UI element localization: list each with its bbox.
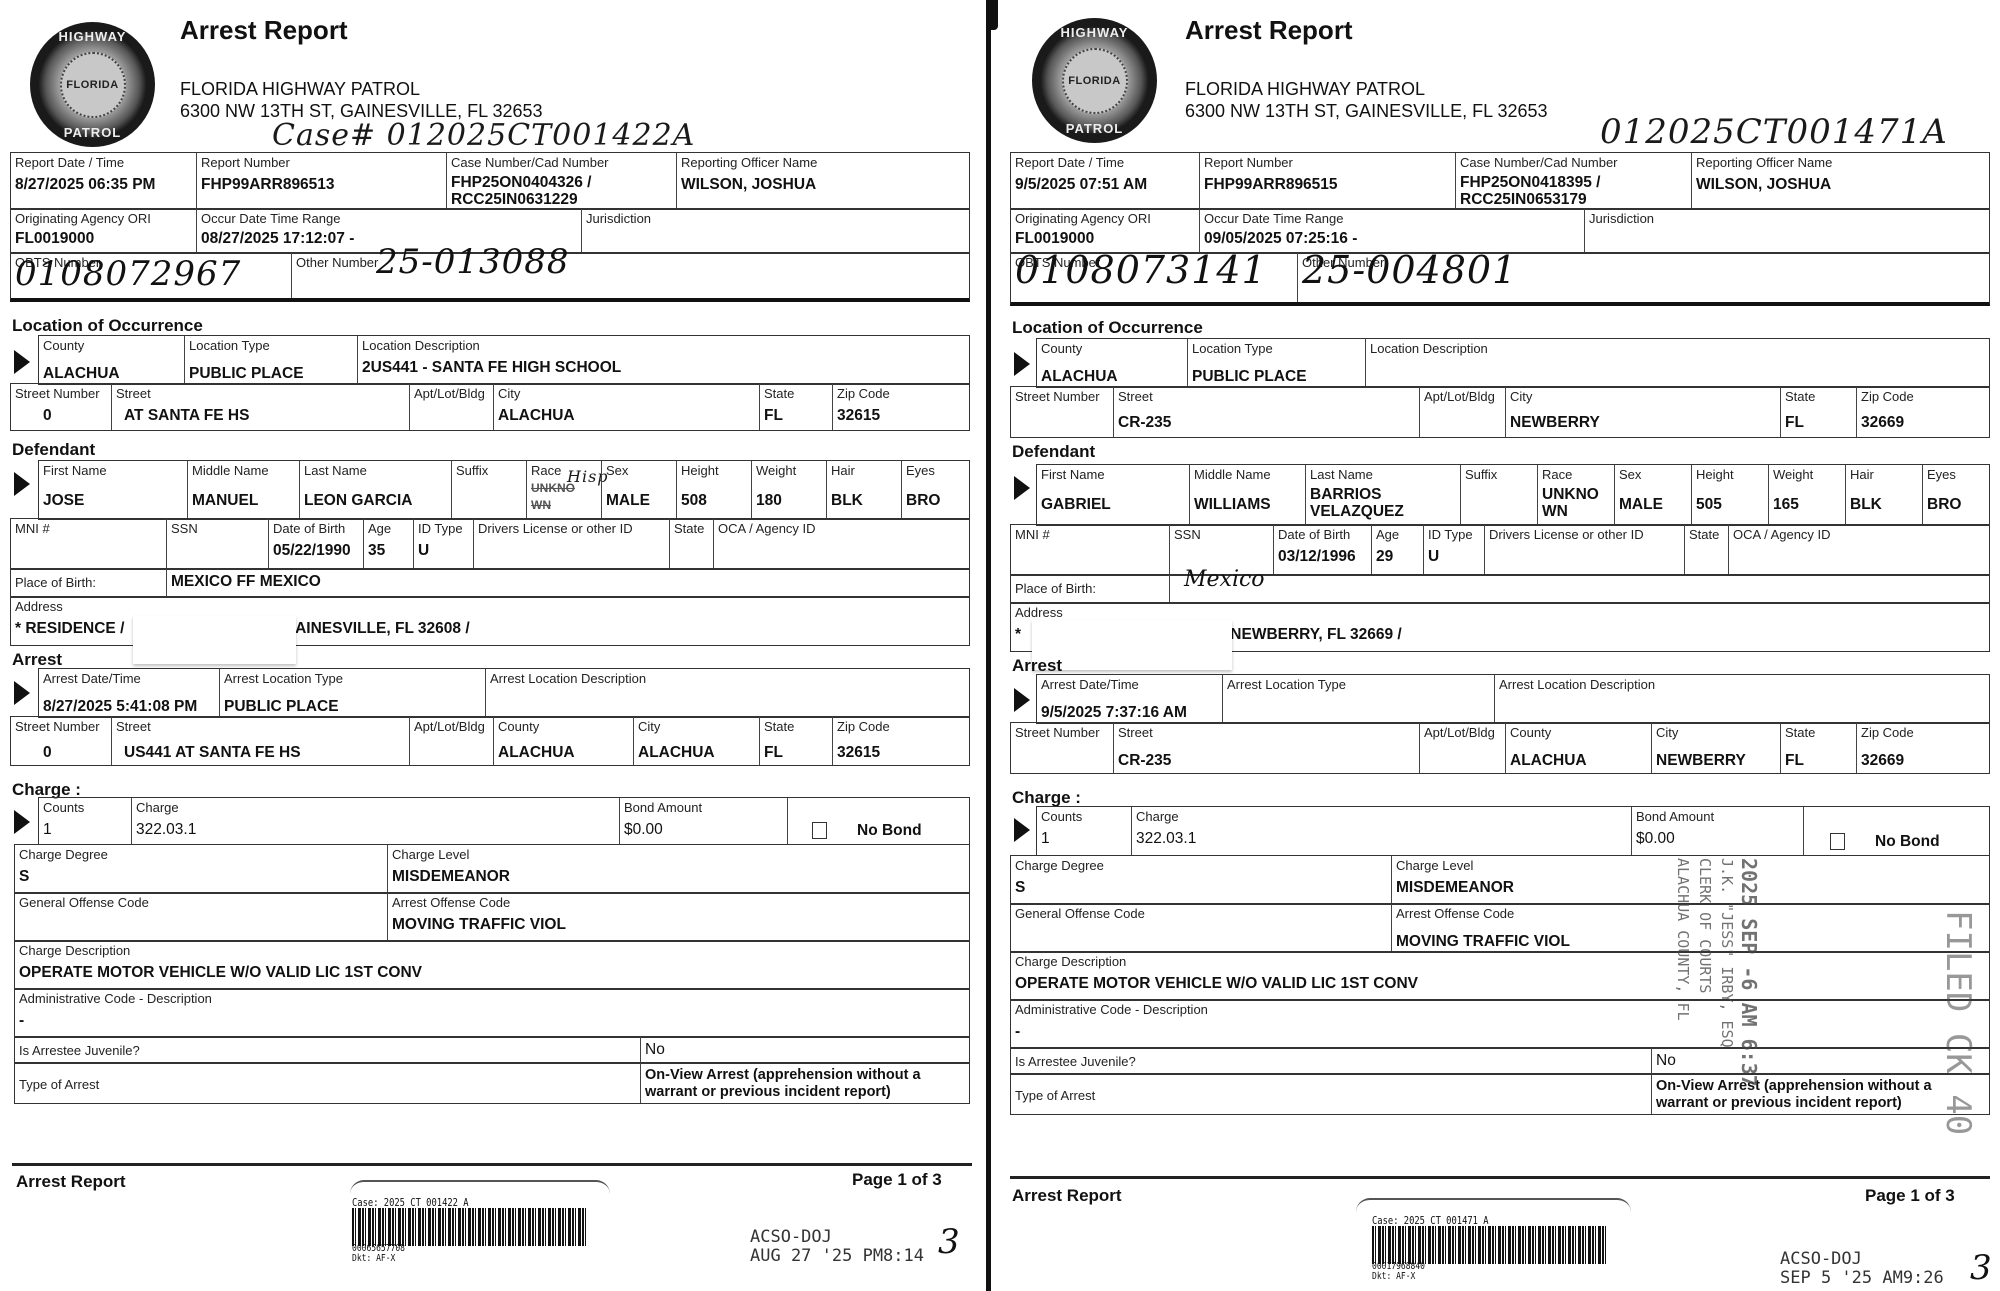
arrest-loc-desc-cell: Arrest Location Description: [485, 669, 969, 717]
general-code-cell: General Offense Code: [1011, 904, 1391, 952]
expand-arrow-icon[interactable]: [14, 350, 30, 374]
section-defendant: Defendant: [1012, 442, 1095, 462]
eyes-value: BRO: [1927, 496, 1985, 513]
agency-block: FLORIDA HIGHWAY PATROL 6300 NW 13TH ST, …: [180, 78, 543, 122]
height-value: 505: [1696, 496, 1764, 513]
agency-address: 6300 NW 13TH ST, GAINESVILLE, FL 32653: [1185, 100, 1548, 122]
field-label: Counts: [1041, 809, 1127, 824]
field-label: County: [498, 719, 629, 734]
arrest-type-row: Type of Arrest On-View Arrest (apprehens…: [14, 1062, 970, 1104]
field-label: State: [764, 386, 828, 401]
report-number-cell: Report Number FHP99ARR896515: [1199, 153, 1455, 209]
field-label: Jurisdiction: [586, 211, 965, 226]
arrest-datetime-cell: Arrest Date/Time 8/27/2025 5:41:08 PM: [39, 669, 219, 717]
state-cell: State FL: [1780, 387, 1856, 437]
footer-rule: [1010, 1176, 1990, 1179]
arrest-loc-type-cell: Arrest Location Type: [1222, 675, 1494, 723]
location-row-2: Street Number Street CR-235 Apt/Lot/Bldg…: [1010, 386, 1990, 438]
field-label: Suffix: [456, 463, 522, 478]
stamp-line-2: AUG 27 '25 PM8:14: [750, 1247, 924, 1266]
officer-cell: Reporting Officer Name WILSON, JOSHUA: [1691, 153, 1989, 209]
age-value: 29: [1376, 548, 1419, 565]
race-value-line2: WN: [1542, 503, 1610, 520]
scan-artifact: [990, 0, 998, 30]
filed-stamp-date: 2025 SEP -6 AM 6:37: [1738, 858, 1760, 1087]
handwritten-mark: 3: [938, 1222, 960, 1262]
sex-cell: Sex MALE: [1614, 465, 1691, 525]
field-label: Location Description: [1370, 341, 1985, 356]
field-label: Address: [1015, 605, 1985, 620]
logo-center-text: FLORIDA: [1062, 48, 1128, 114]
field-label: Sex: [1619, 467, 1687, 482]
arrest-city-value: NEWBERRY: [1656, 752, 1776, 769]
field-label: Height: [1696, 467, 1764, 482]
report-info-row-3: OBTS Number 0108072967 Other Number 25-0…: [10, 252, 970, 302]
section-location: Location of Occurrence: [12, 316, 203, 336]
eyes-cell: Eyes BRO: [901, 461, 969, 519]
charge-desc-row: Charge Description OPERATE MOTOR VEHICLE…: [1010, 951, 1990, 1001]
weight-cell: Weight 180: [751, 461, 826, 519]
page-number: Page 1 of 3: [1865, 1186, 1955, 1206]
dl-state-cell: State: [669, 519, 713, 569]
stamp-line-1: ACSO-DOJ: [750, 1228, 924, 1247]
field-label: Originating Agency ORI: [1015, 211, 1195, 226]
sex-value: MALE: [1619, 496, 1687, 513]
field-label: State: [1689, 527, 1724, 542]
location-type-value: PUBLIC PLACE: [1192, 368, 1361, 385]
middle-name-cell: Middle Name MANUEL: [187, 461, 299, 519]
location-row-1: County ALACHUA Location Type PUBLIC PLAC…: [38, 335, 970, 385]
counts-value: 1: [43, 821, 127, 838]
degree-cell: Charge Degree S: [1011, 856, 1391, 904]
location-type-value: PUBLIC PLACE: [189, 365, 353, 382]
logo-top-text: HIGHWAY: [1061, 25, 1129, 40]
age-cell: Age 29: [1371, 525, 1423, 575]
street-cell: Street AT SANTA FE HS: [111, 384, 409, 430]
first-name-value: JOSE: [43, 492, 183, 509]
field-label: Bond Amount: [624, 800, 783, 815]
field-label: Zip Code: [837, 719, 965, 734]
expand-arrow-icon[interactable]: [14, 810, 30, 834]
case-number-value: FHP25ON0418395 /: [1460, 174, 1687, 191]
stamp-line-1: ACSO-DOJ: [1780, 1250, 1944, 1269]
juvenile-row: Is Arrestee Juvenile? No: [1010, 1047, 1990, 1075]
weight-cell: Weight 165: [1768, 465, 1845, 525]
middle-name-value: MANUEL: [192, 492, 295, 509]
arrest-street-number-value: 0: [43, 744, 107, 761]
pob-value-cell: MEXICO FF MEXICO: [166, 569, 969, 597]
arrest-loc-desc-cell: Arrest Location Description: [1494, 675, 1989, 723]
field-label: Report Date / Time: [1015, 155, 1195, 170]
report-number-cell: Report Number FHP99ARR896513: [196, 153, 446, 209]
jurisdiction-cell: Jurisdiction: [581, 209, 969, 253]
arrest-report-left: HIGHWAY FLORIDA PATROL Arrest Report FLO…: [0, 0, 985, 1291]
suffix-cell: Suffix: [451, 461, 526, 519]
field-label: Type of Arrest: [19, 1077, 636, 1092]
arrest-street-cell: Street US441 AT SANTA FE HS: [111, 717, 409, 765]
oca-cell: OCA / Agency ID: [1728, 525, 1989, 575]
field-label: Street: [116, 719, 405, 734]
field-label: Last Name: [1310, 467, 1456, 482]
arrest-county-value: ALACHUA: [1510, 752, 1647, 769]
last-name-cell: Last Name BARRIOS VELAZQUEZ: [1305, 465, 1460, 525]
filed-stamp-clerk-name: J.K. "JESS" IRBY, ESQ: [1716, 858, 1738, 1087]
arrest-type-value-line2: warrant or previous incident report): [1656, 1095, 1985, 1112]
charge-desc-cell: Charge Description OPERATE MOTOR VEHICLE…: [15, 941, 969, 989]
weight-value: 165: [1773, 496, 1841, 513]
charge-row-2: Charge Degree S Charge Level MISDEMEANOR: [1010, 855, 1990, 905]
field-label: Drivers License or other ID: [478, 521, 665, 536]
report-number-value: FHP99ARR896515: [1204, 176, 1451, 193]
case-cad-cell: Case Number/Cad Number FHP25ON0418395 / …: [1455, 153, 1691, 209]
mni-cell: MNI #: [11, 519, 166, 569]
field-label: Occur Date Time Range: [1204, 211, 1580, 226]
charge-desc-row: Charge Description OPERATE MOTOR VEHICLE…: [14, 940, 970, 990]
field-label: Race: [1542, 467, 1610, 482]
other-number-value: 25-004801: [1302, 262, 1985, 279]
field-label: OCA / Agency ID: [718, 521, 965, 536]
arrest-datetime-value: 8/27/2025 5:41:08 PM: [43, 698, 215, 715]
field-label: Charge Level: [392, 847, 965, 862]
arrest-row-1: Arrest Date/Time 8/27/2025 5:41:08 PM Ar…: [38, 668, 970, 718]
field-label: ID Type: [1428, 527, 1480, 542]
stamp-line-2: SEP 5 '25 AM9:26: [1780, 1269, 1944, 1288]
field-label: City: [1510, 389, 1776, 404]
pob-label-cell: Place of Birth:: [11, 569, 166, 597]
location-type-cell: Location Type PUBLIC PLACE: [1187, 339, 1365, 387]
arrest-type-label-cell: Type of Arrest: [1011, 1074, 1651, 1114]
field-label: Apt/Lot/Bldg: [1424, 725, 1501, 740]
fhp-badge-logo-icon: HIGHWAY FLORIDA PATROL: [30, 22, 155, 147]
arrest-zip-value: 32615: [837, 744, 965, 761]
weight-value: 180: [756, 492, 822, 509]
charge-row-1: Counts 1 Charge 322.03.1 Bond Amount $0.…: [38, 797, 970, 845]
juvenile-label-cell: Is Arrestee Juvenile?: [15, 1037, 640, 1063]
field-label: Occur Date Time Range: [201, 211, 577, 226]
last-name-value-line1: BARRIOS: [1310, 486, 1456, 503]
field-label: Report Number: [1204, 155, 1451, 170]
suffix-cell: Suffix: [1460, 465, 1537, 525]
officer-value: WILSON, JOSHUA: [1696, 176, 1985, 193]
field-label: Bond Amount: [1636, 809, 1799, 824]
report-info-row-3: OBTS Number 0108073141 Other Number 25-0…: [1010, 252, 1990, 306]
field-label: Middle Name: [1194, 467, 1301, 482]
field-label: General Offense Code: [19, 895, 383, 910]
field-label: OCA / Agency ID: [1733, 527, 1985, 542]
street-value: AT SANTA FE HS: [124, 407, 405, 424]
officer-value: WILSON, JOSHUA: [681, 176, 965, 193]
pob-label-cell: Place of Birth:: [1011, 575, 1169, 603]
report-title: Arrest Report: [1185, 15, 1353, 46]
id-type-cell: ID Type U: [1423, 525, 1484, 575]
arrest-row-2: Street Number 0 Street US441 AT SANTA FE…: [10, 716, 970, 766]
barcode-number: 00065657708 Dkt: AF-X: [352, 1244, 405, 1264]
field-label: Hair: [831, 463, 897, 478]
obts-cell: OBTS Number 0108072967: [11, 253, 291, 298]
field-label: Apt/Lot/Bldg: [414, 386, 489, 401]
field-label: MNI #: [15, 521, 162, 536]
other-number-value: 25-013088: [376, 254, 965, 271]
field-label: Originating Agency ORI: [15, 211, 192, 226]
arrest-type-value-line1: On-View Arrest (apprehension without a: [645, 1067, 965, 1084]
barcode-icon: [1372, 1226, 1607, 1264]
city-cell: City NEWBERRY: [1505, 387, 1780, 437]
arrest-street-value: US441 AT SANTA FE HS: [124, 744, 405, 761]
field-label: Arrest Offense Code: [392, 895, 965, 910]
occur-value: 09/05/2025 07:25:16 -: [1204, 230, 1580, 247]
charge-cell: Charge 322.03.1: [131, 798, 619, 844]
handwritten-mark: 3: [1970, 1248, 1992, 1288]
arrest-zip-cell: Zip Code 32669: [1856, 723, 1989, 773]
arrest-report-right: HIGHWAY FLORIDA PATROL Arrest Report FLO…: [1000, 0, 2000, 1291]
pob-value-cell: Mexico: [1169, 575, 1989, 603]
expand-arrow-icon[interactable]: [1014, 352, 1030, 376]
field-label: Charge Degree: [1015, 858, 1387, 873]
dob-cell: Date of Birth 05/22/1990: [268, 519, 363, 569]
logo-bottom-text: PATROL: [1066, 121, 1124, 136]
field-label: Eyes: [1927, 467, 1985, 482]
dl-cell: Drivers License or other ID: [1484, 525, 1684, 575]
arrest-code-value: MOVING TRAFFIC VIOL: [392, 916, 965, 933]
field-label: Zip Code: [837, 386, 965, 401]
street-number-cell: Street Number 0: [11, 384, 111, 430]
field-label: Charge: [1136, 809, 1627, 824]
sex-cell: Sex MALE: [601, 461, 676, 519]
juvenile-row: Is Arrestee Juvenile? No: [14, 1036, 970, 1064]
ori-value: FL0019000: [1015, 230, 1195, 247]
no-bond-label: No Bond: [1875, 833, 1940, 850]
field-label: Street Number: [1015, 389, 1109, 404]
street-number-value: 0: [43, 407, 107, 424]
arrest-state-cell: State FL: [759, 717, 832, 765]
obts-cell: OBTS Number 0108073141: [1011, 253, 1297, 302]
arrest-street-number-cell: Street Number: [1011, 723, 1113, 773]
field-label: Age: [1376, 527, 1419, 542]
pob-value-handwritten: Mexico: [1184, 571, 1985, 588]
street-value: CR-235: [1118, 414, 1415, 431]
handwritten-case-number: Case# 012025CT001422A: [272, 118, 695, 153]
field-label: Reporting Officer Name: [1696, 155, 1985, 170]
hair-cell: Hair BLK: [1845, 465, 1922, 525]
field-label: Case Number/Cad Number: [451, 155, 672, 170]
occur-cell: Occur Date Time Range 09/05/2025 07:25:1…: [1199, 209, 1584, 253]
counts-value: 1: [1041, 830, 1127, 847]
arrest-loc-type-value: PUBLIC PLACE: [224, 698, 481, 715]
field-label: City: [638, 719, 755, 734]
location-desc-value: 2US441 - SANTA FE HIGH SCHOOL: [362, 359, 965, 376]
field-label: Counts: [43, 800, 127, 815]
arrest-state-value: FL: [764, 744, 828, 761]
field-label: Street Number: [15, 386, 107, 401]
age-cell: Age 35: [363, 519, 413, 569]
apt-cell: Apt/Lot/Bldg: [1419, 387, 1505, 437]
field-label: Sex: [606, 463, 672, 478]
arrest-type-value-cell: On-View Arrest (apprehension without a w…: [640, 1063, 969, 1103]
agency-name: FLORIDA HIGHWAY PATROL: [180, 78, 543, 100]
field-label: Zip Code: [1861, 389, 1985, 404]
arrest-type-value-line2: warrant or previous incident report): [645, 1084, 965, 1101]
bond-cell: Bond Amount $0.00: [1631, 807, 1803, 855]
height-value: 508: [681, 492, 747, 509]
ori-cell: Originating Agency ORI FL0019000: [11, 209, 196, 253]
ssn-cell: SSN: [166, 519, 268, 569]
agency-block: FLORIDA HIGHWAY PATROL 6300 NW 13TH ST, …: [1185, 78, 1548, 122]
address-prefix: *: [1015, 626, 1021, 643]
field-label: State: [1785, 725, 1852, 740]
barcode-icon: [352, 1208, 587, 1246]
officer-cell: Reporting Officer Name WILSON, JOSHUA: [676, 153, 969, 209]
page-number: Page 1 of 3: [852, 1170, 942, 1190]
case-number-value: FHP25ON0404326 /: [451, 174, 672, 191]
dob-value: 03/12/1996: [1278, 548, 1367, 565]
state-value: FL: [1785, 414, 1852, 431]
race-cell: Race UNKNO WN: [1537, 465, 1614, 525]
field-label: Administrative Code - Description: [19, 991, 965, 1006]
field-label: MNI #: [1015, 527, 1165, 542]
logo-top-text: HIGHWAY: [59, 29, 127, 44]
filed-stamp-county: ALACHUA COUNTY, FL: [1672, 858, 1694, 1087]
expand-arrow-icon[interactable]: [1014, 818, 1030, 842]
arrest-city-cell: City NEWBERRY: [1651, 723, 1780, 773]
jurisdiction-cell: Jurisdiction: [1584, 209, 1989, 253]
report-info-row: Report Date / Time 9/5/2025 07:51 AM Rep…: [1010, 152, 1990, 210]
address-suffix: , NEWBERRY, FL 32669 /: [1222, 626, 1402, 643]
field-label: Reporting Officer Name: [681, 155, 965, 170]
field-label: Location Description: [362, 338, 965, 353]
charge-desc-value: OPERATE MOTOR VEHICLE W/O VALID LIC 1ST …: [1015, 975, 1985, 992]
hair-value: BLK: [831, 492, 897, 509]
arrest-county-cell: County ALACHUA: [493, 717, 633, 765]
obts-value: 0108072967: [15, 266, 287, 283]
admin-code-cell: Administrative Code - Description -: [1011, 1000, 1989, 1048]
expand-arrow-icon[interactable]: [1014, 688, 1030, 712]
field-label: State: [674, 521, 709, 536]
dob-cell: Date of Birth 03/12/1996: [1273, 525, 1371, 575]
admin-code-row: Administrative Code - Description -: [14, 988, 970, 1038]
field-label: Street: [116, 386, 405, 401]
bond-value: $0.00: [1636, 830, 1799, 847]
dl-state-cell: State: [1684, 525, 1728, 575]
degree-cell: Charge Degree S: [15, 845, 387, 893]
eyes-cell: Eyes BRO: [1922, 465, 1989, 525]
field-label: Administrative Code - Description: [1015, 1002, 1985, 1017]
field-label: Charge Description: [19, 943, 965, 958]
section-arrest: Arrest: [12, 650, 62, 670]
charge-desc-cell: Charge Description OPERATE MOTOR VEHICLE…: [1011, 952, 1989, 1000]
field-label: Arrest Location Description: [1499, 677, 1985, 692]
arrest-state-cell: State FL: [1780, 723, 1856, 773]
charge-cell: Charge 322.03.1: [1131, 807, 1631, 855]
first-name-value: GABRIEL: [1041, 496, 1185, 513]
arrest-street-number-cell: Street Number 0: [11, 717, 111, 765]
no-bond-checkbox[interactable]: [1830, 833, 1845, 850]
id-type-value: U: [418, 542, 469, 559]
height-cell: Height 508: [676, 461, 751, 519]
expand-arrow-icon[interactable]: [14, 681, 30, 705]
arrest-street-cell: Street CR-235: [1113, 723, 1419, 773]
field-label: Is Arrestee Juvenile?: [19, 1043, 636, 1058]
zip-value: 32615: [837, 407, 965, 424]
report-date-cell: Report Date / Time 8/27/2025 06:35 PM: [11, 153, 196, 209]
arrest-street-value: CR-235: [1118, 752, 1415, 769]
report-date-value: 8/27/2025 06:35 PM: [15, 176, 192, 193]
expand-arrow-icon[interactable]: [1014, 476, 1030, 500]
field-label: General Offense Code: [1015, 906, 1387, 921]
charge-row-3: General Offense Code Arrest Offense Code…: [14, 892, 970, 942]
charge-row-3: General Offense Code Arrest Offense Code…: [1010, 903, 1990, 953]
field-label: Location Type: [1192, 341, 1361, 356]
field-label: County: [1510, 725, 1647, 740]
middle-name-cell: Middle Name WILLIAMS: [1189, 465, 1305, 525]
arrest-loc-type-cell: Arrest Location Type PUBLIC PLACE: [219, 669, 485, 717]
juvenile-value: No: [645, 1041, 965, 1058]
dl-cell: Drivers License or other ID: [473, 519, 669, 569]
filed-stamp-large: FILED CK 40: [1938, 910, 1978, 1135]
zip-cell: Zip Code 32615: [832, 384, 969, 430]
field-label: Place of Birth:: [15, 575, 162, 590]
address-prefix: * RESIDENCE /: [15, 620, 124, 637]
received-stamp: ACSO-DOJ AUG 27 '25 PM8:14: [750, 1228, 924, 1266]
hair-cell: Hair BLK: [826, 461, 901, 519]
charge-desc-value: OPERATE MOTOR VEHICLE W/O VALID LIC 1ST …: [19, 964, 965, 981]
arrest-county-cell: County ALACHUA: [1505, 723, 1651, 773]
barcode-number: 00017968840 Dkt: AF-X: [1372, 1262, 1425, 1282]
case-cad-cell: Case Number/Cad Number FHP25ON0404326 / …: [446, 153, 676, 209]
report-title: Arrest Report: [180, 15, 348, 46]
field-label: Arrest Date/Time: [43, 671, 215, 686]
street-number-cell: Street Number: [1011, 387, 1113, 437]
counts-cell: Counts 1: [39, 798, 131, 844]
arrest-datetime-value: 9/5/2025 7:37:16 AM: [1041, 704, 1218, 721]
zip-cell: Zip Code 32669: [1856, 387, 1989, 437]
level-value: MISDEMEANOR: [392, 868, 965, 885]
cad-number-value: RCC25IN0631229: [451, 191, 672, 208]
field-label: Arrest Location Type: [224, 671, 481, 686]
no-bond-label: No Bond: [857, 822, 922, 839]
degree-value: S: [19, 868, 383, 885]
field-label: Apt/Lot/Bldg: [1424, 389, 1501, 404]
expand-arrow-icon[interactable]: [14, 472, 30, 496]
eyes-value: BRO: [906, 492, 965, 509]
footer-title: Arrest Report: [1012, 1186, 1122, 1206]
field-label: Weight: [1773, 467, 1841, 482]
no-bond-checkbox[interactable]: [812, 822, 827, 839]
other-number-cell: Other Number 25-004801: [1297, 253, 1989, 302]
obts-value: 0108073141: [1015, 262, 1293, 279]
field-label: SSN: [1174, 527, 1269, 542]
race-value-line1: UNKNO: [1542, 486, 1610, 503]
bond-cell: Bond Amount $0.00: [619, 798, 787, 844]
field-label: Report Number: [201, 155, 442, 170]
arrest-zip-cell: Zip Code 32615: [832, 717, 969, 765]
first-name-cell: First Name GABRIEL: [1037, 465, 1189, 525]
juvenile-label-cell: Is Arrestee Juvenile?: [1011, 1048, 1651, 1074]
middle-name-value: WILLIAMS: [1194, 496, 1301, 513]
field-label: Apt/Lot/Bldg: [414, 719, 489, 734]
defendant-row-2: MNI # SSN Date of Birth 03/12/1996 Age 2…: [1010, 524, 1990, 576]
field-label: Age: [368, 521, 409, 536]
field-label: Arrest Location Description: [490, 671, 965, 686]
fhp-badge-logo-icon: HIGHWAY FLORIDA PATROL: [1032, 18, 1157, 143]
county-value: ALACHUA: [1041, 368, 1183, 385]
field-label: State: [1785, 389, 1852, 404]
field-label: Is Arrestee Juvenile?: [1015, 1054, 1647, 1069]
city-value: ALACHUA: [498, 407, 755, 424]
admin-code-value: -: [19, 1012, 965, 1029]
ori-cell: Originating Agency ORI FL0019000: [1011, 209, 1199, 253]
barcode-number-2: Dkt: AF-X: [352, 1254, 405, 1264]
arrest-code-cell: Arrest Offense Code MOVING TRAFFIC VIOL: [387, 893, 969, 941]
